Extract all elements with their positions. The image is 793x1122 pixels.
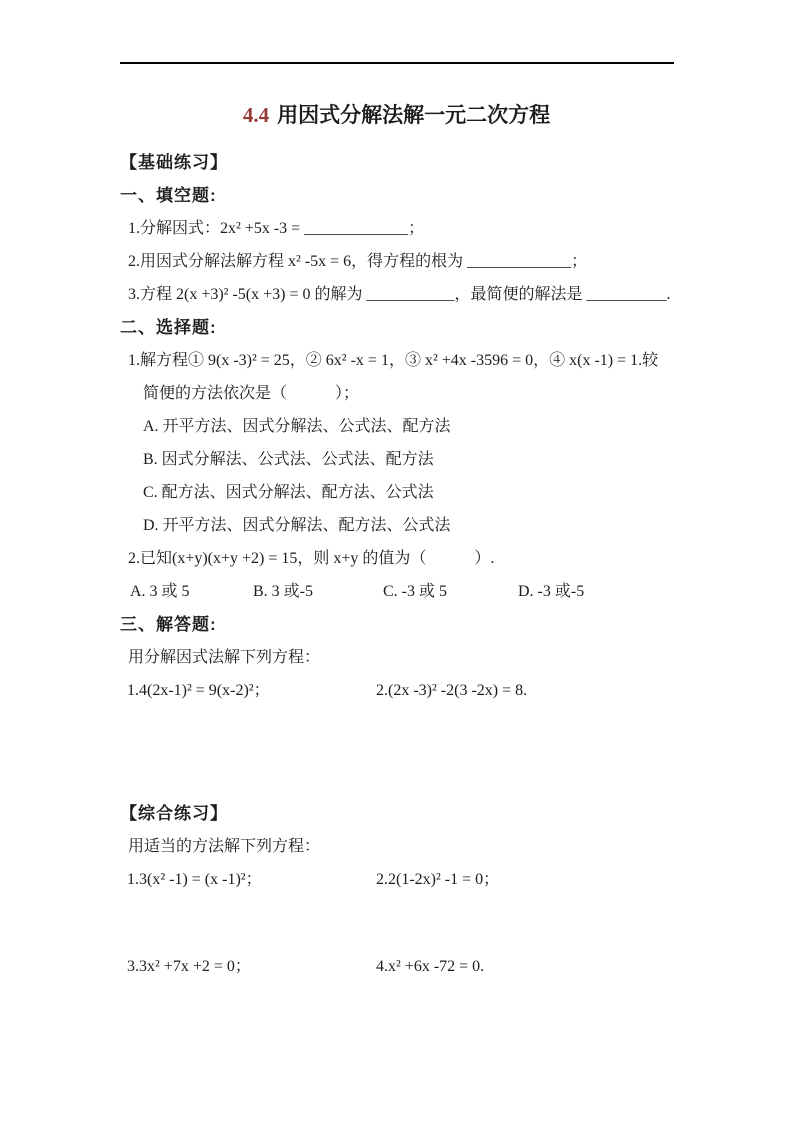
choice-2-option-a: A. 3 或 5: [130, 575, 249, 608]
choice-1-option-a: A. 开平方法、因式分解法、公式法、配方法: [0, 410, 793, 443]
choice-section-header: 二、选择题:: [0, 311, 793, 344]
choice-question-1-line-1: 1.解方程① 9(x -3)² = 25，② 6x² -x = 1，③ x² +…: [0, 344, 793, 377]
comprehensive-equation-4: 4.x² +6x -72 = 0.: [376, 958, 484, 975]
fill-in-item-1: 1.分解因式：2x² +5x -3 = _____________；: [0, 212, 793, 245]
choice-2-option-c: C. -3 或 5: [383, 575, 514, 608]
comprehensive-equation-3: 3.3x² +7x +2 = 0；: [127, 950, 372, 983]
fill-in-item-2: 2.用因式分解法解方程 x² -5x = 6，得方程的根为 __________…: [0, 245, 793, 278]
choice-2-option-d: D. -3 或-5: [518, 575, 584, 608]
comprehensive-equation-2: 2.2(1-2x)² -1 = 0；: [376, 871, 499, 888]
choice-2-option-b: B. 3 或-5: [253, 575, 379, 608]
answer-equation-row: 1.4(2x-1)² = 9(x-2)²； 2.(2x -3)² -2(3 -2…: [0, 674, 793, 707]
choice-1-option-c: C. 配方法、因式分解法、配方法、公式法: [0, 476, 793, 509]
title-number: 4.4: [243, 103, 269, 127]
choice-2-options-row: A. 3 或 5 B. 3 或-5 C. -3 或 5 D. -3 或-5: [0, 575, 793, 608]
answer-section-intro: 用分解因式法解下列方程：: [0, 641, 793, 674]
fill-in-section-header: 一、填空题:: [0, 179, 793, 212]
comprehensive-equation-row-2: 3.3x² +7x +2 = 0； 4.x² +6x -72 = 0.: [0, 950, 793, 983]
fill-in-item-3: 3.方程 2(x +3)² -5(x +3) = 0 的解为 _________…: [0, 278, 793, 311]
answer-section-header: 三、解答题:: [0, 608, 793, 641]
answer-equation-2: 2.(2x -3)² -2(3 -2x) = 8.: [376, 682, 527, 699]
comprehensive-equation-row-1: 1.3(x² -1) = (x -1)²； 2.2(1-2x)² -1 = 0；: [0, 863, 793, 896]
choice-1-option-d: D. 开平方法、因式分解法、配方法、公式法: [0, 509, 793, 542]
choice-question-2: 2.已知(x+y)(x+y +2) = 15，则 x+y 的值为（ ）.: [0, 542, 793, 575]
choice-1-option-b: B. 因式分解法、公式法、公式法、配方法: [0, 443, 793, 476]
answer-equation-1: 1.4(2x-1)² = 9(x-2)²；: [127, 674, 372, 707]
basic-practice-header: 【基础练习】: [0, 146, 793, 179]
title-text: 用因式分解法解一元二次方程: [277, 104, 550, 127]
choice-question-1-line-2: 简便的方法依次是（ ）；: [0, 377, 793, 410]
worksheet-page: 4.4用因式分解法解一元二次方程 【基础练习】 一、填空题: 1.分解因式：2x…: [0, 0, 793, 1122]
page-title: 4.4用因式分解法解一元二次方程: [0, 102, 793, 129]
comprehensive-practice-header: 【综合练习】: [0, 797, 793, 830]
comprehensive-intro: 用适当的方法解下列方程：: [0, 830, 793, 863]
comprehensive-equation-1: 1.3(x² -1) = (x -1)²；: [127, 863, 372, 896]
worksheet-content: 【基础练习】 一、填空题: 1.分解因式：2x² +5x -3 = ______…: [0, 146, 793, 983]
header-rule: [120, 62, 674, 64]
